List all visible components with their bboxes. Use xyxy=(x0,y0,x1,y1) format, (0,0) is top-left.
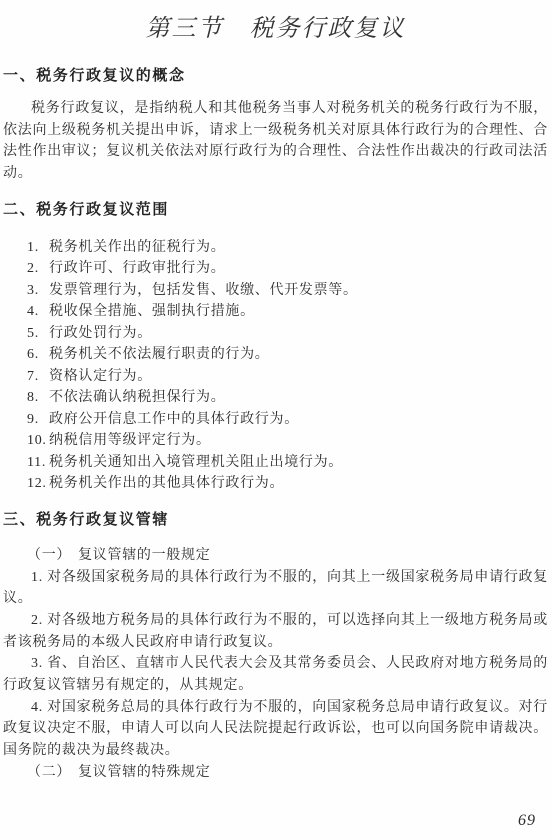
list-item-number: 7. xyxy=(27,366,49,388)
list-item-text: 税务机关作出的其他具体行政行为。 xyxy=(49,473,548,495)
list-item-number: 6. xyxy=(27,344,49,366)
list-item-number: 1. xyxy=(27,237,49,259)
section-heading-2: 二、税务行政复议范围 xyxy=(3,200,548,220)
page-content: 第三节 税务行政复议 一、税务行政复议的概念 税务行政复议，是指纳税人和其他税务… xyxy=(3,0,548,784)
list-item: 11.税务机关通知出入境管理机关阻止出境行为。 xyxy=(3,452,548,474)
list-item: 8.不依法确认纳税担保行为。 xyxy=(3,387,548,409)
list-item-number: 9. xyxy=(27,409,49,431)
list-item-text: 行政许可、行政审批行为。 xyxy=(49,258,548,280)
subsection-title: 复议管辖的特殊规定 xyxy=(78,765,210,780)
concept-paragraph: 税务行政复议，是指纳税人和其他税务当事人对税务机关的税务行政行为不服，依法向上级… xyxy=(3,98,548,185)
list-item: 1.税务机关作出的征税行为。 xyxy=(3,237,548,259)
section-heading-3: 三、税务行政复议管辖 xyxy=(3,510,548,530)
list-item-text: 资格认定行为。 xyxy=(49,366,548,388)
section-heading-1: 一、税务行政复议的概念 xyxy=(3,66,548,86)
jurisdiction-paragraph: 2. 对各级地方税务局的具体行政行为不服的，可以选择向其上一级地方税务局或者该税… xyxy=(3,610,548,653)
list-item-text: 行政处罚行为。 xyxy=(49,323,548,345)
list-item-number: 10. xyxy=(27,430,49,452)
subsection-heading-2: （二）复议管辖的特殊规定 xyxy=(3,762,548,784)
jurisdiction-paragraph: 4. 对国家税务总局的具体行政行为不服的，向国家税务总局申请行政复议。对行政复议… xyxy=(3,697,548,762)
list-item-number: 8. xyxy=(27,387,49,409)
list-item-text: 税务机关通知出入境管理机关阻止出境行为。 xyxy=(49,452,548,474)
chapter-title: 第三节 税务行政复议 xyxy=(3,12,548,46)
subsection-title: 复议管辖的一般规定 xyxy=(78,548,210,563)
subsection-label: （一） xyxy=(27,548,71,563)
list-item: 3.发票管理行为，包括发售、收缴、代开发票等。 xyxy=(3,280,548,302)
list-item: 5.行政处罚行为。 xyxy=(3,323,548,345)
list-item-text: 发票管理行为，包括发售、收缴、代开发票等。 xyxy=(49,280,548,302)
list-item-number: 5. xyxy=(27,323,49,345)
list-item: 10.纳税信用等级评定行为。 xyxy=(3,430,548,452)
list-item-number: 4. xyxy=(27,301,49,323)
list-item: 7.资格认定行为。 xyxy=(3,366,548,388)
page-number: 69 xyxy=(518,812,536,830)
list-item-text: 不依法确认纳税担保行为。 xyxy=(49,387,548,409)
list-item: 2.行政许可、行政审批行为。 xyxy=(3,258,548,280)
list-item-number: 3. xyxy=(27,280,49,302)
jurisdiction-paragraph: 3. 省、自治区、直辖市人民代表大会及其常务委员会、人民政府对地方税务局的行政复… xyxy=(3,653,548,696)
list-item-text: 政府公开信息工作中的具体行政行为。 xyxy=(49,409,548,431)
list-item: 4.税收保全措施、强制执行措施。 xyxy=(3,301,548,323)
subsection-heading-1: （一）复议管辖的一般规定 xyxy=(3,545,548,567)
list-item: 12.税务机关作出的其他具体行政行为。 xyxy=(3,473,548,495)
list-item: 9.政府公开信息工作中的具体行政行为。 xyxy=(3,409,548,431)
list-item: 6.税务机关不依法履行职责的行为。 xyxy=(3,344,548,366)
list-item-text: 税务机关不依法履行职责的行为。 xyxy=(49,344,548,366)
list-item-number: 2. xyxy=(27,258,49,280)
jurisdiction-paragraph: 1. 对各级国家税务局的具体行政行为不服的，向其上一级国家税务局申请行政复议。 xyxy=(3,567,548,610)
subsection-label: （二） xyxy=(27,765,71,780)
scope-list: 1.税务机关作出的征税行为。 2.行政许可、行政审批行为。 3.发票管理行为，包… xyxy=(3,237,548,495)
list-item-number: 11. xyxy=(27,452,49,474)
list-item-text: 税务机关作出的征税行为。 xyxy=(49,237,548,259)
list-item-number: 12. xyxy=(27,473,49,495)
list-item-text: 税收保全措施、强制执行措施。 xyxy=(49,301,548,323)
book-page: 第三节 税务行政复议 一、税务行政复议的概念 税务行政复议，是指纳税人和其他税务… xyxy=(0,0,553,840)
list-item-text: 纳税信用等级评定行为。 xyxy=(49,430,548,452)
